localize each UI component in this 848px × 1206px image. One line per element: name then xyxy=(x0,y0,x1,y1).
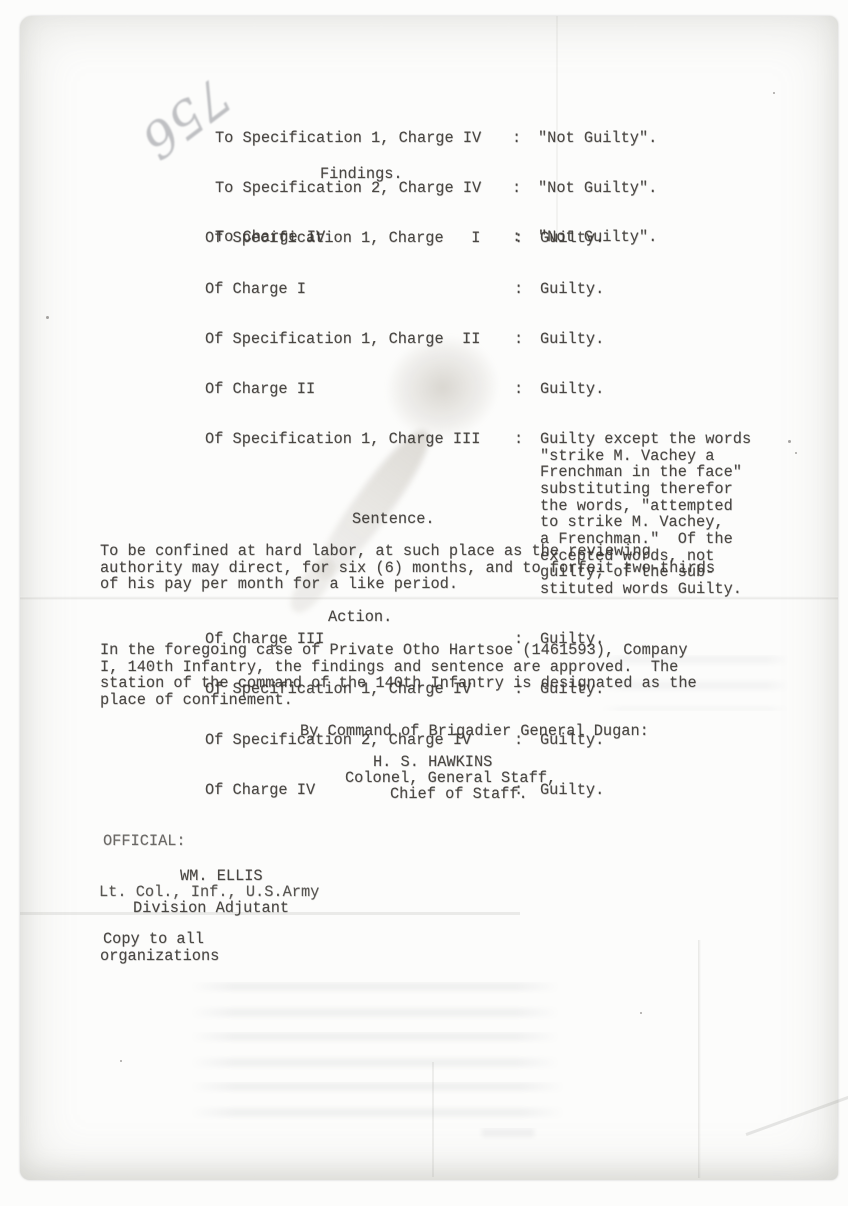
signature-subtitle: Chief of Staff. xyxy=(390,786,528,803)
colon-separator: : xyxy=(514,331,540,348)
finding-row: Of Charge I : Guilty. xyxy=(205,281,751,298)
document-scan: 756 To Specification 1, Charge IV : "Not… xyxy=(0,0,848,1206)
colon-separator: : xyxy=(512,180,538,197)
colon-separator: : xyxy=(512,130,538,147)
finding-label: Of Specification 1, Charge III xyxy=(205,431,514,448)
finding-value: Guilty. xyxy=(540,331,604,348)
colon-separator: : xyxy=(514,230,540,247)
sentence-paragraph: To be confined at hard labor, at such pl… xyxy=(100,543,715,593)
attestation-title: Division Adjutant xyxy=(133,900,289,917)
plea-value: "Not Guilty". xyxy=(538,180,657,197)
findings-heading: Findings. xyxy=(320,166,403,183)
colon-separator: : xyxy=(514,381,540,398)
distribution-line-2: organizations xyxy=(100,948,219,965)
plea-row: To Specification 1, Charge IV : "Not Gui… xyxy=(215,130,657,147)
finding-value: Guilty. xyxy=(540,281,604,298)
plea-row: To Specification 2, Charge IV : "Not Gui… xyxy=(215,180,657,197)
colon-separator: : xyxy=(514,431,540,448)
finding-row: Of Specification 1, Charge II : Guilty. xyxy=(205,331,751,348)
distribution-line-1: Copy to all xyxy=(103,931,204,948)
finding-row: Of Charge II : Guilty. xyxy=(205,381,751,398)
colon-separator: : xyxy=(514,281,540,298)
finding-label: Of Charge II xyxy=(205,381,514,398)
action-paragraph: In the foregoing case of Private Otho Ha… xyxy=(100,642,697,708)
finding-row: Of Specification 1, Charge I : Guilty. xyxy=(205,230,751,247)
plea-value: "Not Guilty". xyxy=(538,130,657,147)
command-line: By Command of Brigadier General Dugan: xyxy=(300,723,649,740)
plea-label: To Specification 1, Charge IV xyxy=(215,130,512,147)
action-heading: Action. xyxy=(328,609,392,626)
finding-value: Guilty. xyxy=(540,381,604,398)
finding-label: Of Charge I xyxy=(205,281,514,298)
official-label: OFFICIAL: xyxy=(103,833,186,850)
finding-value: Guilty. xyxy=(540,230,604,247)
sentence-heading: Sentence. xyxy=(352,511,435,528)
finding-label: Of Specification 1, Charge I xyxy=(205,230,514,247)
finding-label: Of Specification 1, Charge II xyxy=(205,331,514,348)
